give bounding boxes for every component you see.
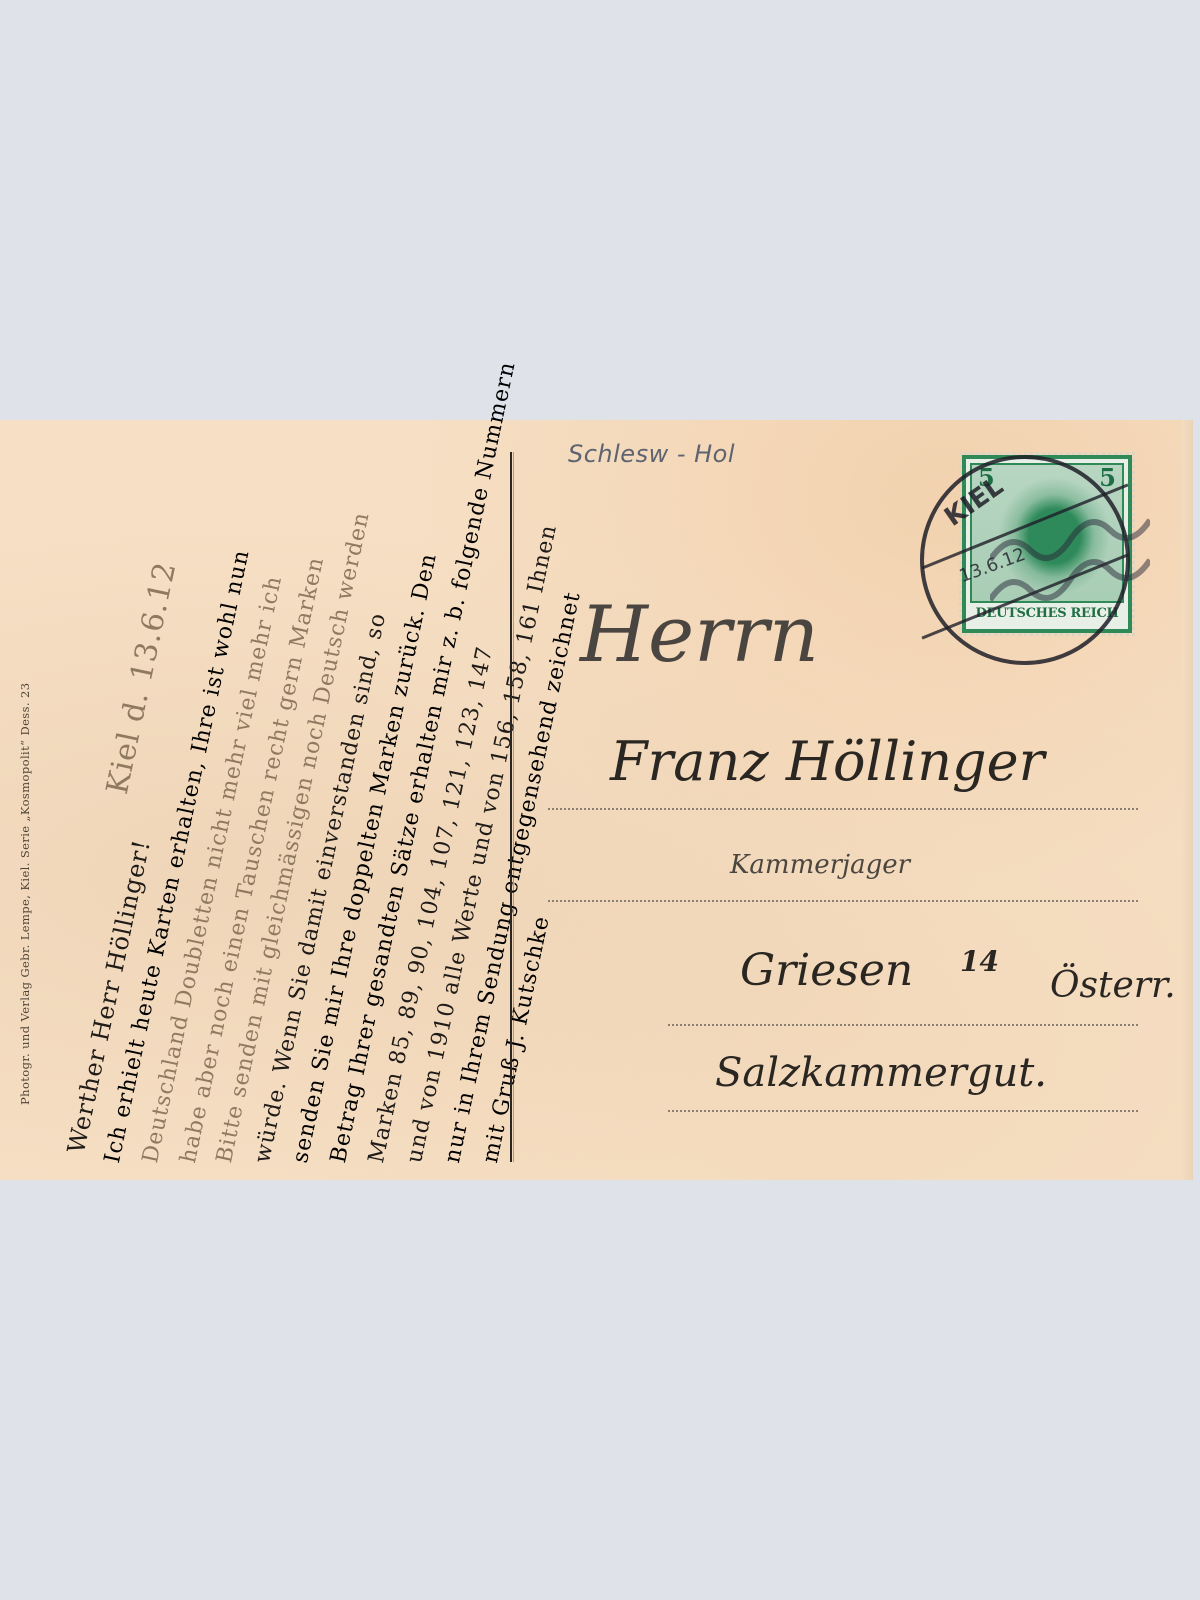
address-line-4 bbox=[668, 1110, 1138, 1112]
address-house-number: 14 bbox=[960, 945, 999, 978]
address-occupation: Kammerjager bbox=[730, 850, 910, 880]
address-line-1 bbox=[548, 808, 1138, 810]
wavy-cancellation-icon bbox=[990, 500, 1150, 620]
postcard-edge bbox=[1182, 420, 1192, 1180]
address-line-2 bbox=[548, 900, 1138, 902]
address-place: Griesen bbox=[740, 945, 913, 996]
message-address-divider bbox=[510, 452, 512, 1162]
address-country: Österr. bbox=[1050, 965, 1176, 1006]
address-salutation: Herrn bbox=[580, 590, 819, 680]
address-name: Franz Höllinger bbox=[610, 730, 1044, 793]
address-region: Salzkammergut. bbox=[715, 1050, 1047, 1096]
publisher-imprint: Photogr. und Verlag Gebr. Lempe, Kiel. S… bbox=[18, 683, 32, 1105]
region-annotation: Schlesw - Hol bbox=[568, 440, 735, 468]
address-line-3 bbox=[668, 1024, 1138, 1026]
